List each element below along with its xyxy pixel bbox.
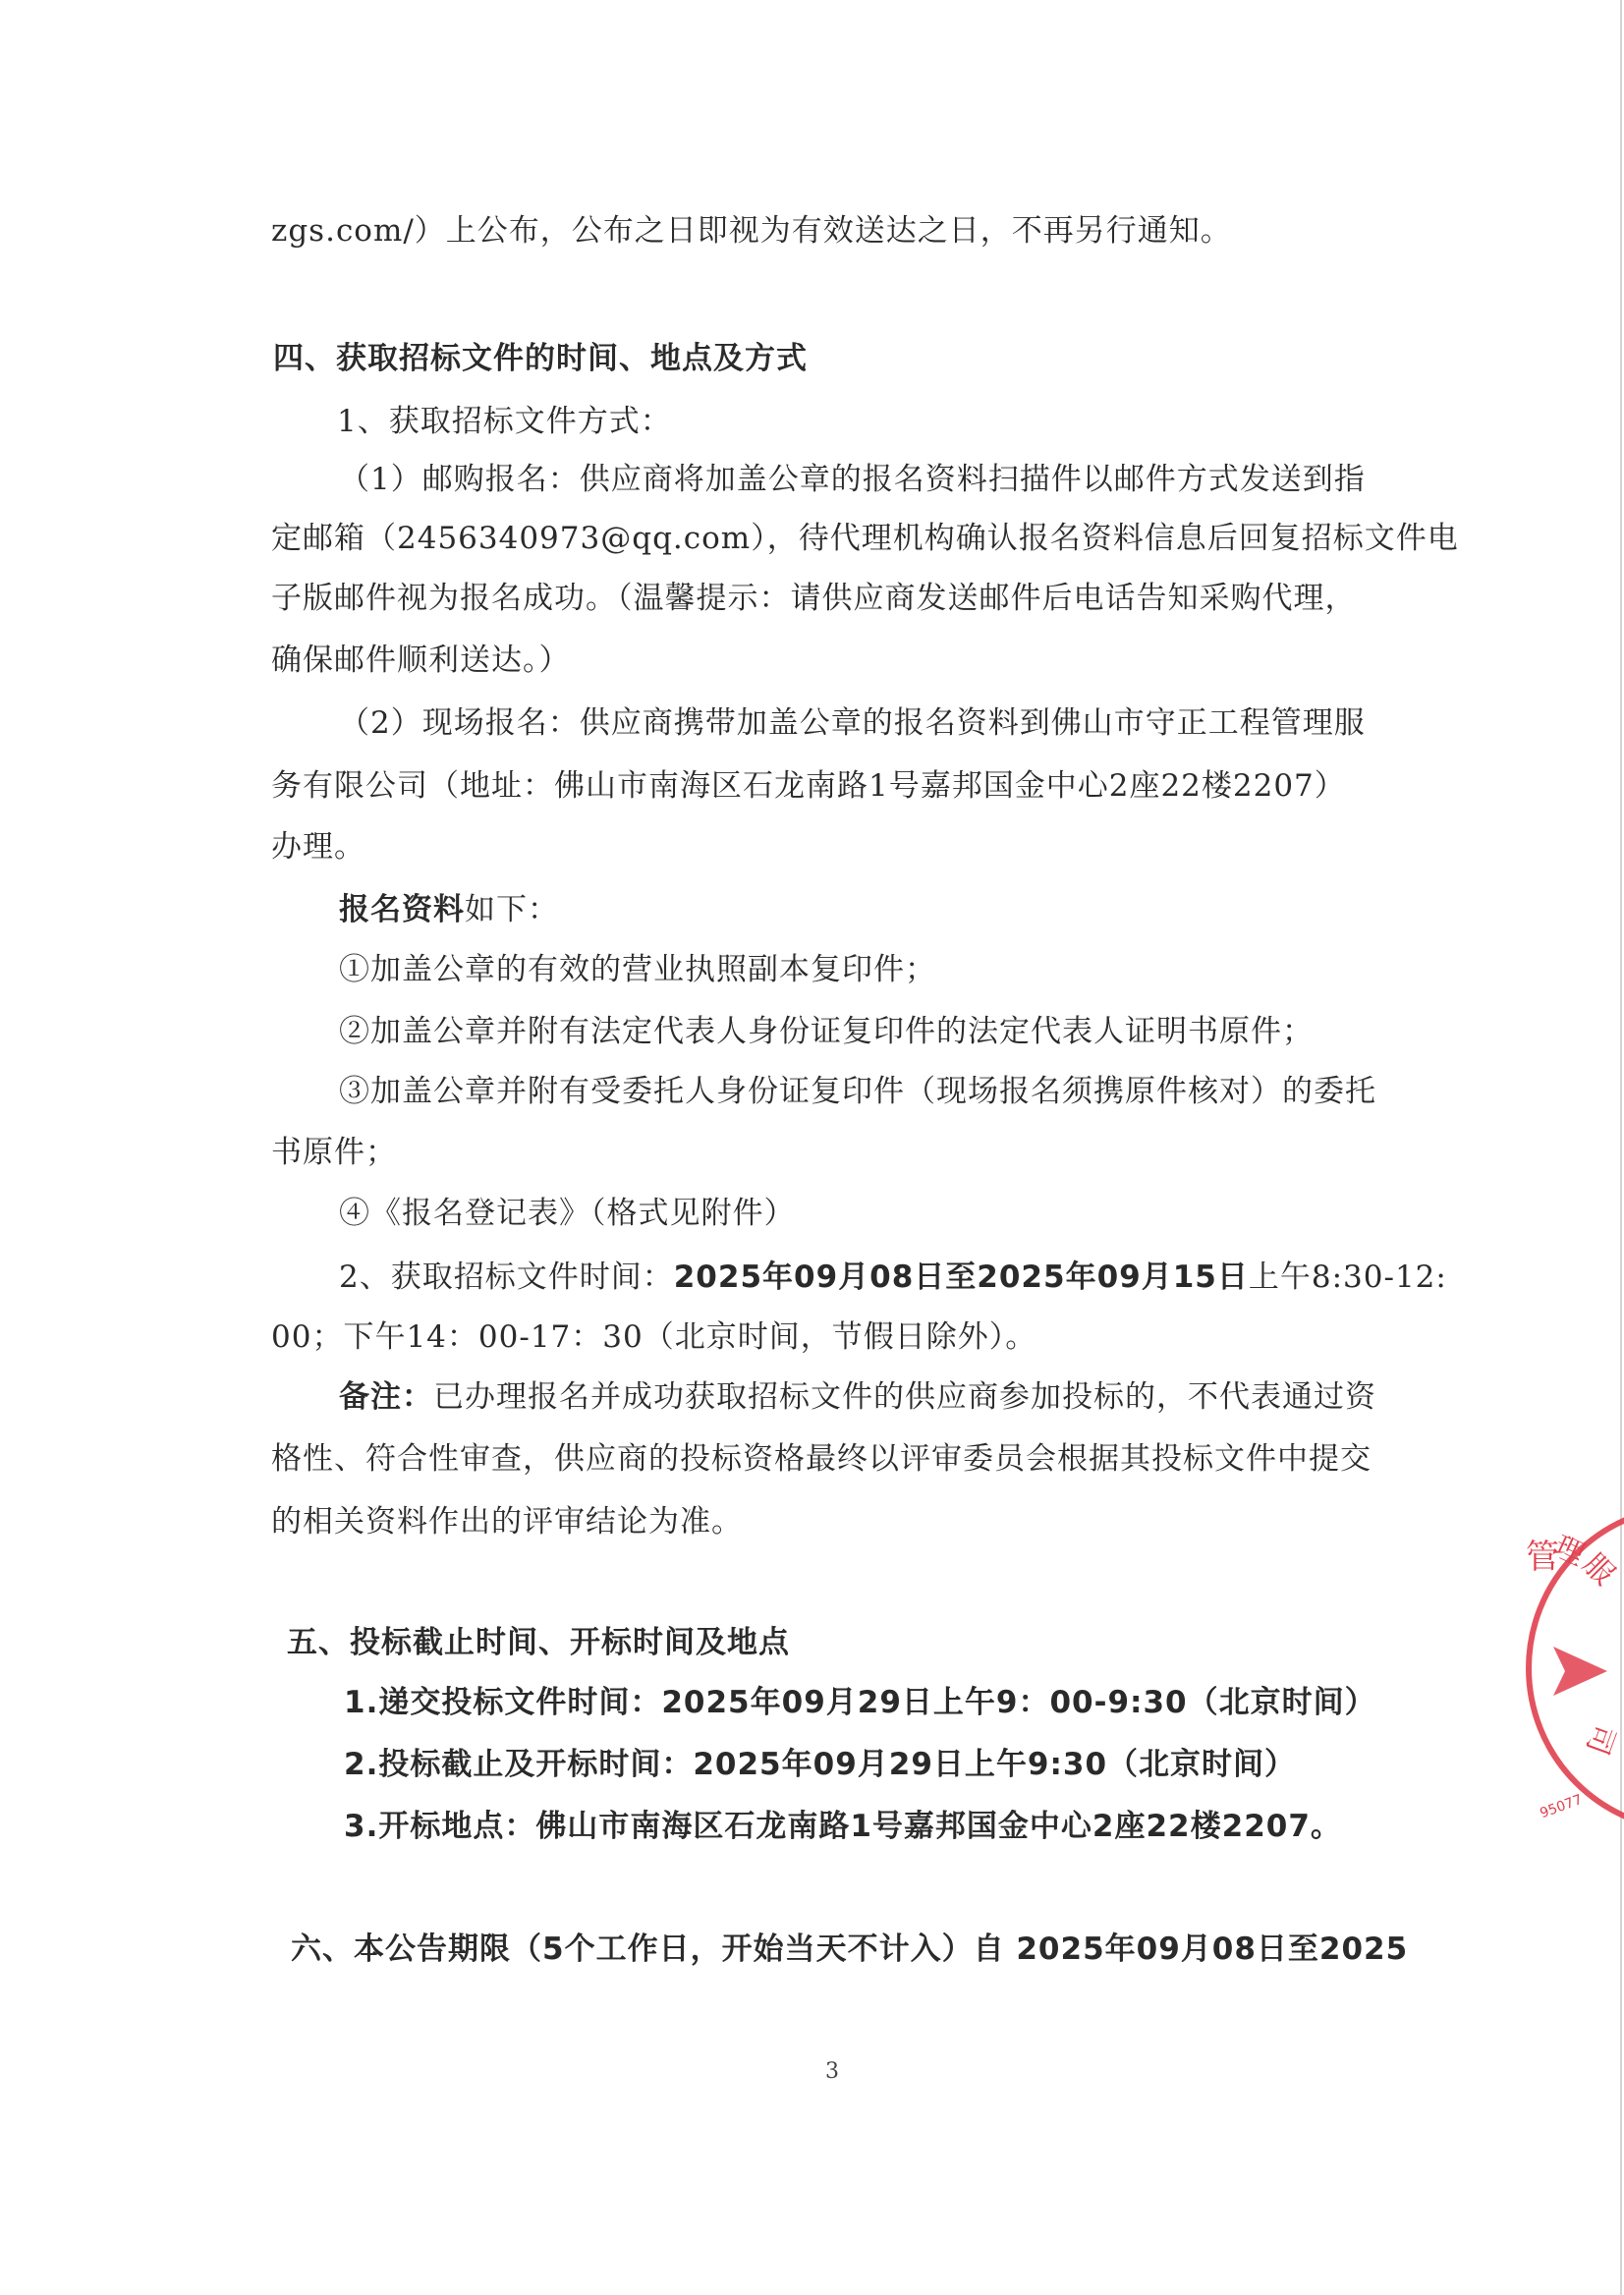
paragraph-line: 报名资料如下： xyxy=(339,890,559,929)
list-item: ②加盖公章并附有法定代表人身份证复印件的法定代表人证明书原件； xyxy=(339,1012,1314,1051)
svg-text:司: 司 xyxy=(1579,1719,1621,1759)
text: 已办理报名并成功获取招标文件的供应商参加投标的，不代表通过资 xyxy=(433,1379,1376,1415)
list-item: 2.投标截止及开标时间：2025年09月29日上午9:30（北京时间） xyxy=(344,1745,1296,1784)
section-heading-4: 四、获取招标文件的时间、地点及方式 xyxy=(273,339,808,378)
bold-label: 报名资料 xyxy=(339,892,465,927)
bold-date-range: 2025年09月08日至2025年09月15日 xyxy=(674,1259,1249,1295)
text: 上午8:30-12: xyxy=(1249,1259,1447,1295)
paragraph-line: 办理。 xyxy=(271,827,365,867)
paragraph-line: 格性、符合性审查，供应商的投标资格最终以评审委员会根据其投标文件中提交 xyxy=(271,1439,1372,1479)
page-edge xyxy=(1620,0,1622,2295)
paragraph-line: 务有限公司（地址：佛山市南海区石龙南路1号嘉邦国金中心2座22楼2207） xyxy=(271,766,1346,806)
paragraph-line: 书原件； xyxy=(271,1133,397,1172)
bold-label: 备注： xyxy=(339,1379,433,1415)
page-number: 3 xyxy=(825,2059,839,2084)
seal-icon: 管 理 服 司 95077 xyxy=(1514,1499,1624,1837)
paragraph-line: 1、获取招标文件方式： xyxy=(337,402,672,441)
section-heading-5: 五、投标截止时间、开标时间及地点 xyxy=(287,1623,790,1662)
list-item: 3.开标地点：佛山市南海区石龙南路1号嘉邦国金中心2座22楼2207。 xyxy=(344,1807,1342,1846)
list-item: 1.递交投标文件时间：2025年09月29日上午9：00-9:30（北京时间） xyxy=(344,1683,1376,1722)
paragraph-line: 定邮箱（2456340973@qq.com），待代理机构确认报名资料信息后回复招… xyxy=(271,519,1459,558)
paragraph-line: zgs.com/）上公布，公布之日即视为有效送达之日，不再另行通知。 xyxy=(271,211,1232,251)
company-seal-stamp: 管 理 服 司 95077 xyxy=(1514,1499,1624,1837)
list-item: ④《报名登记表》（格式见附件） xyxy=(339,1194,796,1233)
section-heading-6: 六、本公告期限（5个工作日，开始当天不计入）自 2025年09月08日至2025 xyxy=(291,1930,1408,1969)
paragraph-line: 2、获取招标文件时间：2025年09月08日至2025年09月15日上午8:30… xyxy=(339,1258,1447,1297)
paragraph-line: （2）现场报名：供应商携带加盖公章的报名资料到佛山市守正工程管理服 xyxy=(339,703,1366,743)
text: 如下： xyxy=(465,892,559,927)
paragraph-line: 的相关资料作出的评审结论为准。 xyxy=(271,1502,743,1541)
paragraph-line: 子版邮件视为报名成功。（温馨提示：请供应商发送邮件后电话告知采购代理， xyxy=(271,579,1357,618)
paragraph-line: 备注：已办理报名并成功获取招标文件的供应商参加投标的，不代表通过资 xyxy=(339,1377,1376,1417)
paragraph-line: 00；下午14：00-17：30（北京时间，节假日除外）。 xyxy=(271,1317,1036,1357)
paragraph-line: 确保邮件顺利送达。） xyxy=(271,641,571,680)
text: 2、获取招标文件时间： xyxy=(339,1259,674,1295)
svg-text:95077: 95077 xyxy=(1538,1792,1584,1821)
paragraph-line: （1）邮购报名：供应商将加盖公章的报名资料扫描件以邮件方式发送到指 xyxy=(339,460,1366,499)
list-item: ③加盖公章并附有受委托人身份证复印件（现场报名须携原件核对）的委托 xyxy=(339,1072,1376,1111)
list-item: ①加盖公章的有效的营业执照副本复印件； xyxy=(339,950,936,989)
